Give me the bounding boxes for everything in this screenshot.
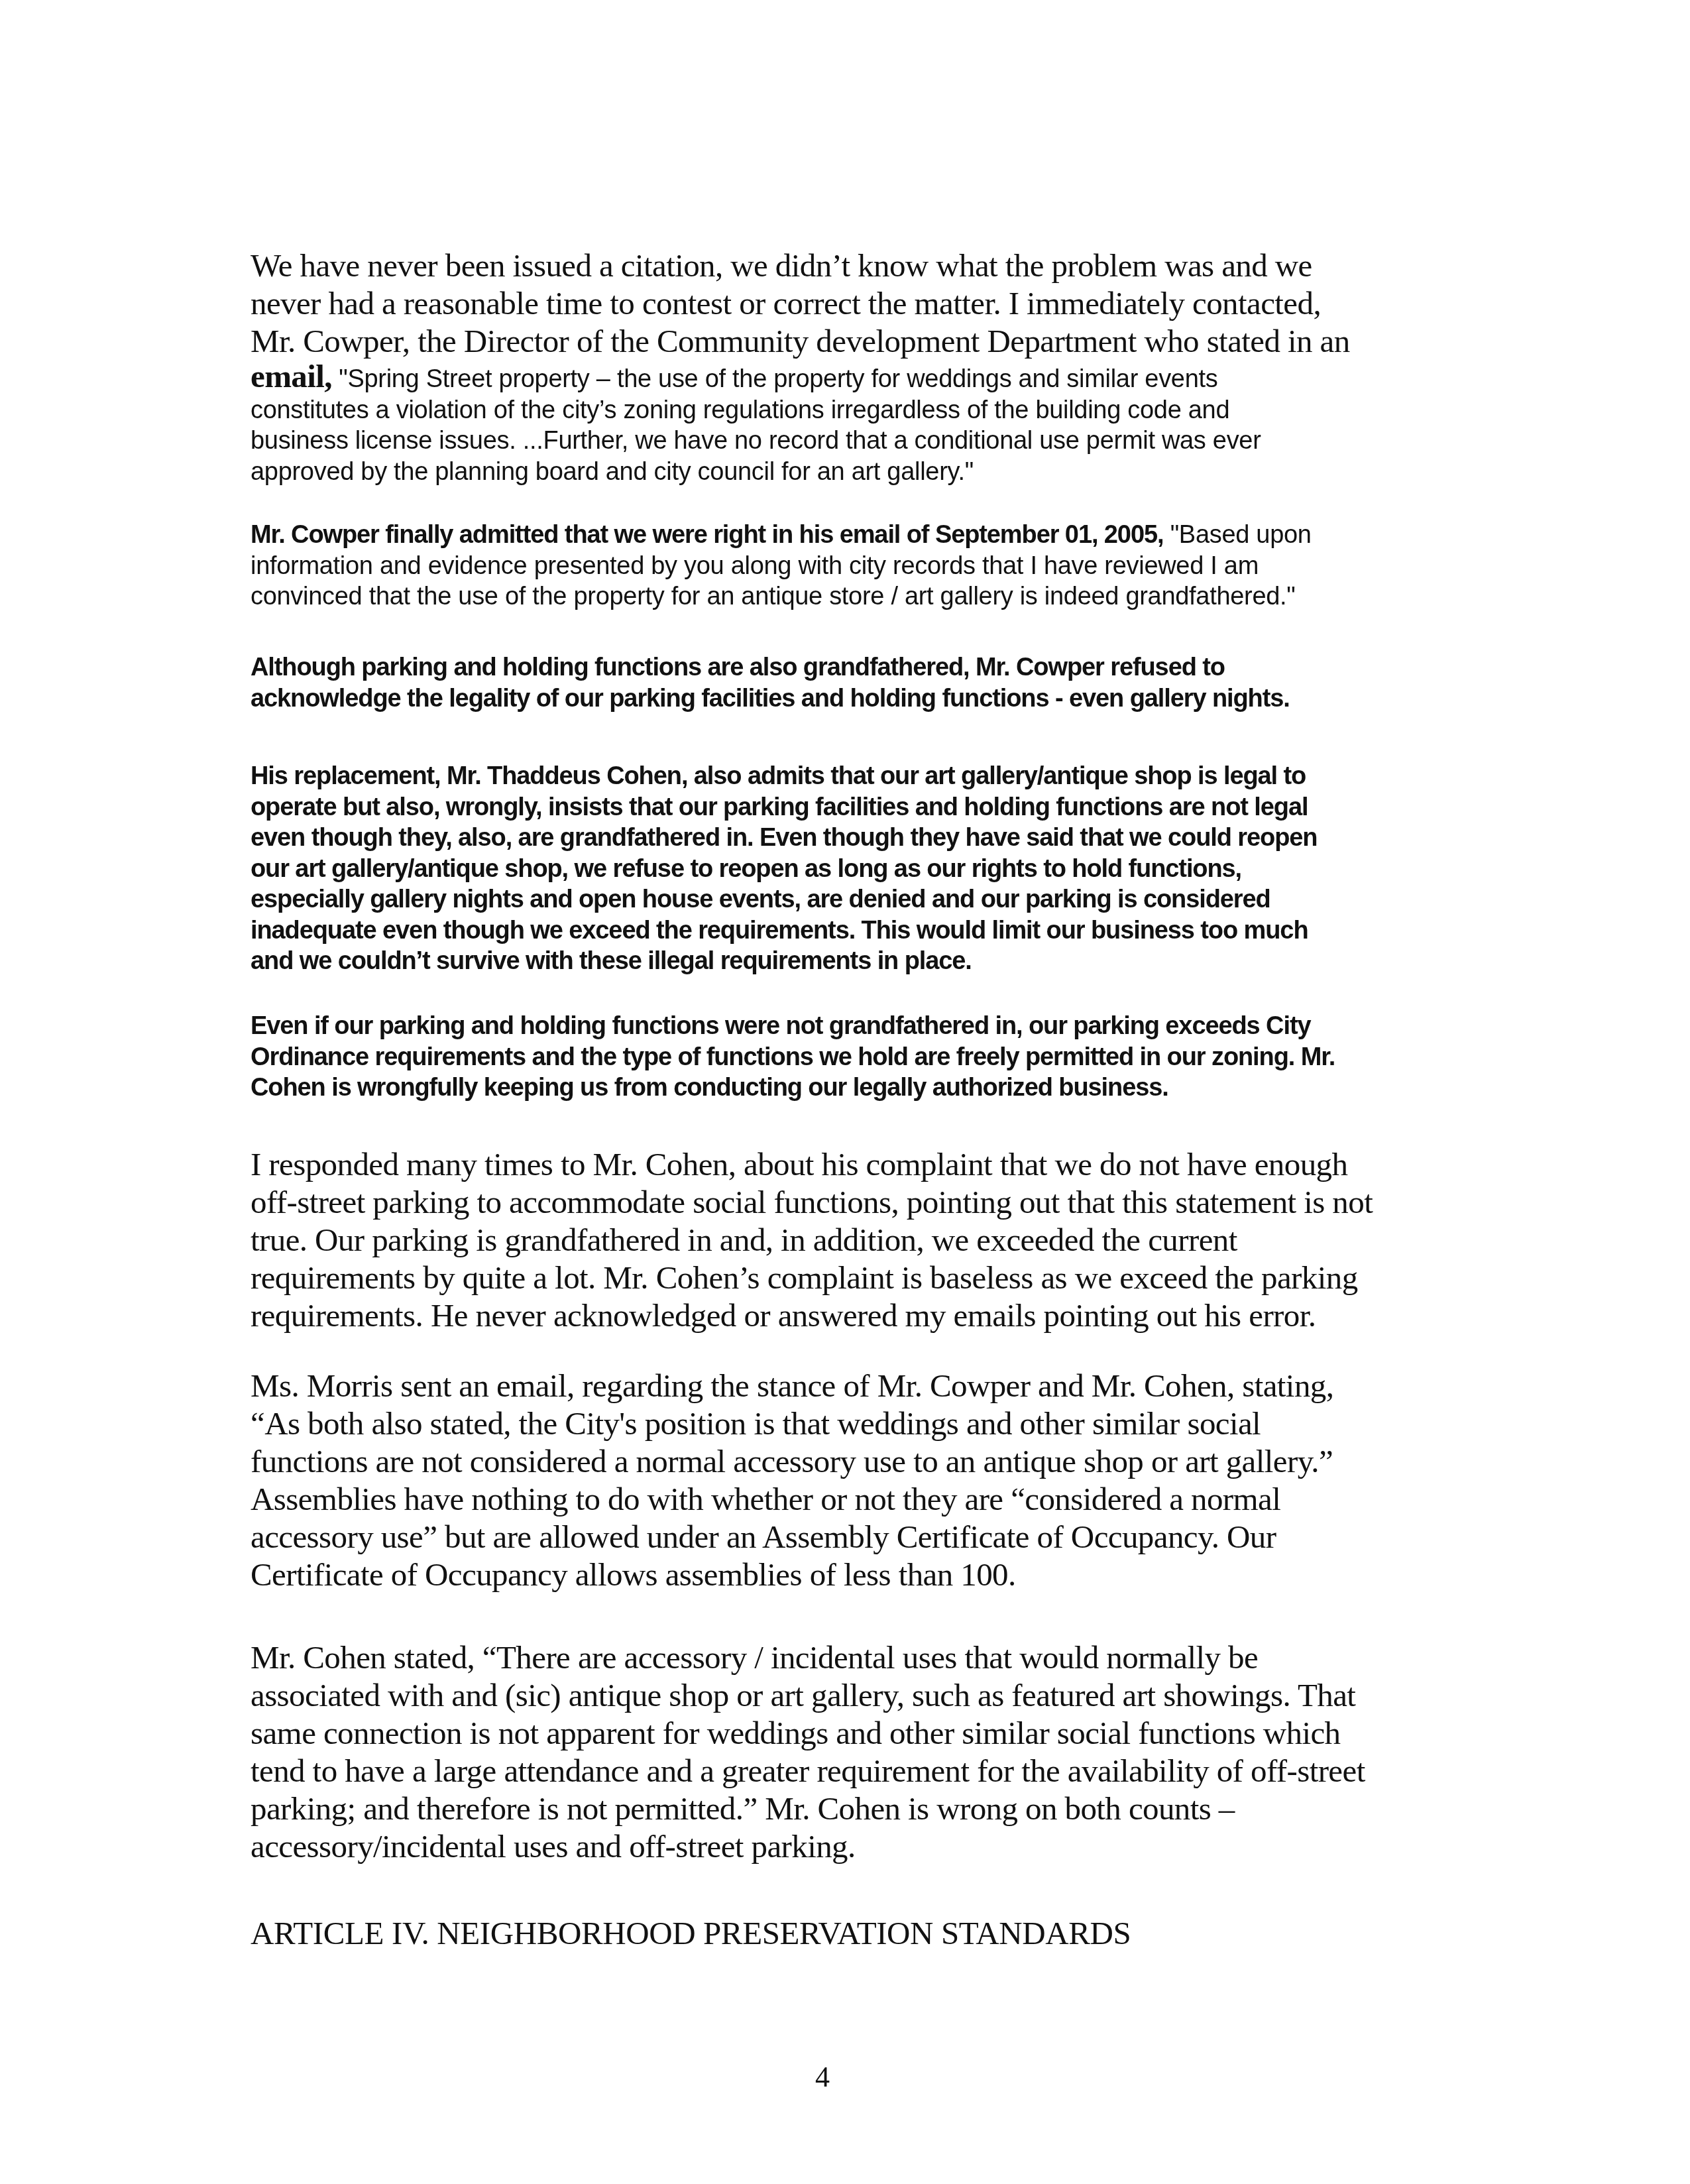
paragraph-cohen-stated: Mr. Cohen stated, “There are accessory /…: [251, 1638, 1443, 1865]
paragraph-replacement-cohen: His replacement, Mr. Thaddeus Cohen, als…: [251, 761, 1443, 977]
text-line: accessory/incidental uses and off-street…: [251, 1827, 1443, 1865]
paragraph-grandfathered: Although parking and holding functions a…: [251, 652, 1443, 714]
text-line: accessory use” but are allowed under an …: [251, 1518, 1443, 1556]
text-line: Ordinance requirements and the type of f…: [251, 1042, 1443, 1073]
text-line: Mr. Cohen stated, “There are accessory /…: [251, 1638, 1443, 1676]
quote-text: "Spring Street property – the use of the…: [332, 365, 1218, 393]
text-line: off-street parking to accommodate social…: [251, 1183, 1443, 1221]
text-line: We have never been issued a citation, we…: [251, 247, 1443, 284]
text-line: same connection is not apparent for wedd…: [251, 1714, 1443, 1752]
text-line: inadequate even though we exceed the req…: [251, 915, 1443, 947]
text-line: requirements. He never acknowledged or a…: [251, 1296, 1443, 1334]
page-number: 4: [815, 2060, 830, 2094]
text-line: Although parking and holding functions a…: [251, 652, 1443, 683]
paragraph-citation: We have never been issued a citation, we…: [251, 247, 1443, 360]
text-line: approved by the planning board and city …: [251, 457, 1443, 488]
text-line: email, "Spring Street property – the use…: [251, 361, 1443, 395]
text-line: convinced that the use of the property f…: [251, 581, 1443, 612]
lead-word: email,: [251, 358, 332, 394]
text-line: I responded many times to Mr. Cohen, abo…: [251, 1145, 1443, 1183]
text-line: requirements by quite a lot. Mr. Cohen’s…: [251, 1259, 1443, 1296]
text-line: operate but also, wrongly, insists that …: [251, 792, 1443, 823]
paragraph-responded-cohen: I responded many times to Mr. Cohen, abo…: [251, 1145, 1443, 1334]
text-line: tend to have a large attendance and a gr…: [251, 1752, 1443, 1790]
text-line: His replacement, Mr. Thaddeus Cohen, als…: [251, 761, 1443, 792]
text-line: acknowledge the legality of our parking …: [251, 683, 1443, 715]
quote-block-cowper-email: email, "Spring Street property – the use…: [251, 361, 1443, 487]
text-line: Certificate of Occupancy allows assembli…: [251, 1556, 1443, 1593]
bold-lead: Mr. Cowper finally admitted that we were…: [251, 521, 1163, 549]
text-line: true. Our parking is grandfathered in an…: [251, 1221, 1443, 1259]
text-line: never had a reasonable time to contest o…: [251, 284, 1443, 322]
text-line: Assemblies have nothing to do with wheth…: [251, 1480, 1443, 1518]
quote-text: "Based upon: [1163, 521, 1311, 549]
text-line: functions are not considered a normal ac…: [251, 1442, 1443, 1480]
text-line: constitutes a violation of the city’s zo…: [251, 395, 1443, 426]
text-line: business license issues. ...Further, we …: [251, 426, 1443, 457]
text-line: our art gallery/antique shop, we refuse …: [251, 854, 1443, 885]
text-line: Cohen is wrongfully keeping us from cond…: [251, 1072, 1443, 1104]
paragraph-parking-exceeds: Even if our parking and holding function…: [251, 1011, 1443, 1104]
text-line: Ms. Morris sent an email, regarding the …: [251, 1367, 1443, 1405]
text-line: and we couldn’t survive with these illeg…: [251, 946, 1443, 977]
text-line: even though they, also, are grandfathere…: [251, 823, 1443, 854]
text-line: information and evidence presented by yo…: [251, 551, 1443, 582]
document-page: We have never been issued a citation, we…: [0, 0, 1690, 2184]
text-line: Mr. Cowper, the Director of the Communit…: [251, 322, 1443, 360]
text-line: Even if our parking and holding function…: [251, 1011, 1443, 1042]
section-heading: ARTICLE IV. NEIGHBORHOOD PRESERVATION ST…: [251, 1914, 1443, 1952]
text-line: Mr. Cowper finally admitted that we were…: [251, 520, 1443, 551]
text-line: “As both also stated, the City's positio…: [251, 1405, 1443, 1442]
text-line: associated with and (sic) antique shop o…: [251, 1676, 1443, 1714]
text-line: parking; and therefore is not permitted.…: [251, 1790, 1443, 1827]
paragraph-morris-email: Ms. Morris sent an email, regarding the …: [251, 1367, 1443, 1593]
paragraph-cowper-admission: Mr. Cowper finally admitted that we were…: [251, 520, 1443, 612]
text-line: especially gallery nights and open house…: [251, 884, 1443, 915]
